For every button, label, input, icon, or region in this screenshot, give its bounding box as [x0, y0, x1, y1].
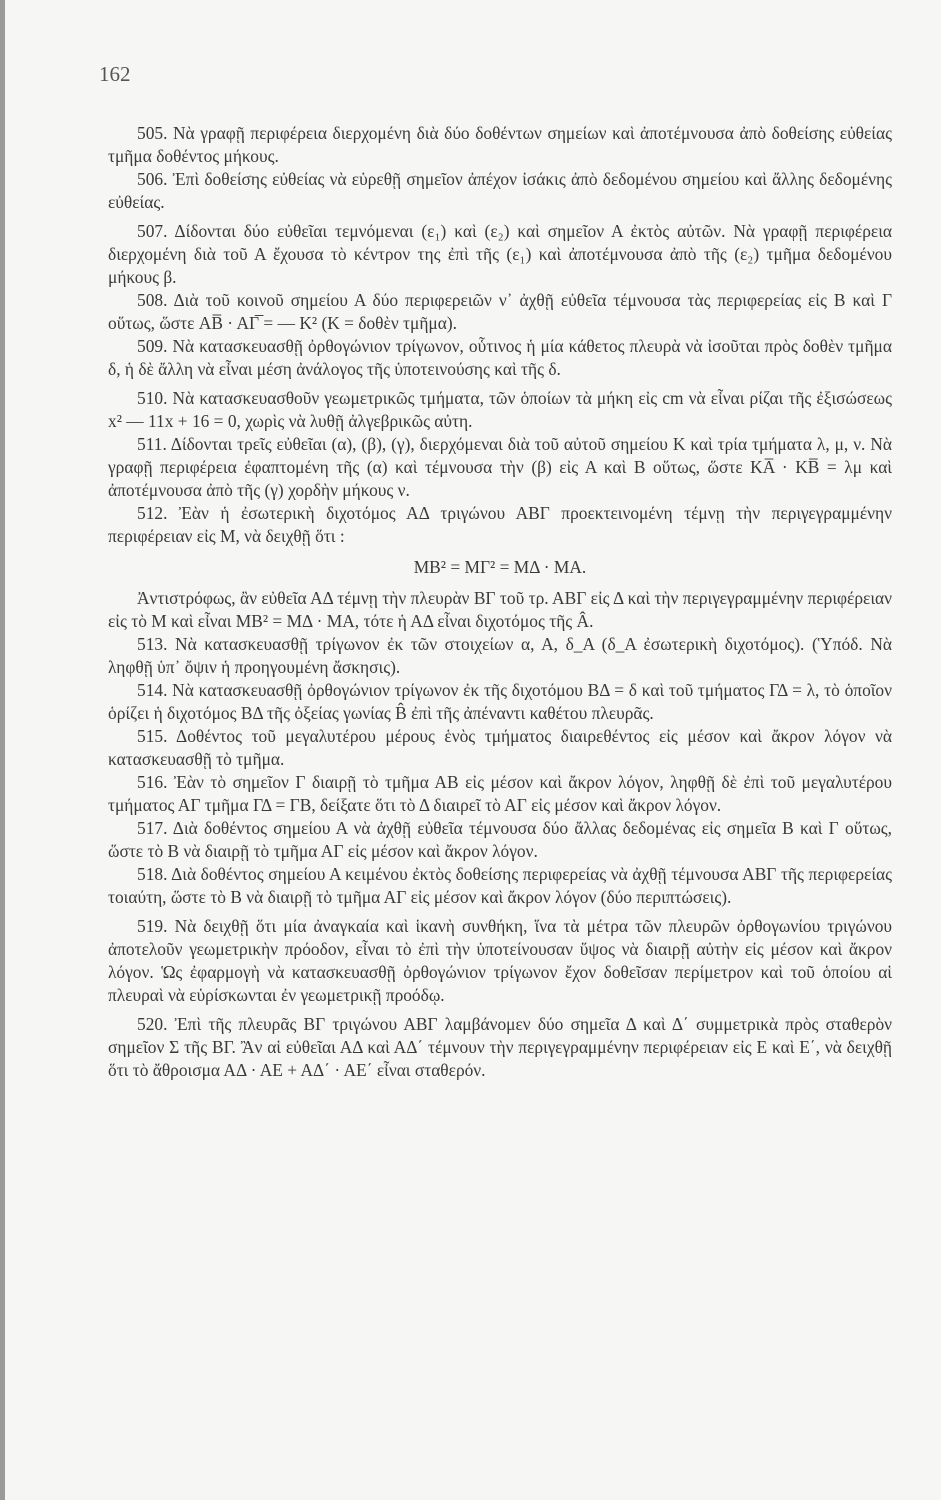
exercise-506: 506. Ἐπὶ δοθείσης εὐθείας νὰ εὑρεθῇ σημε… [108, 168, 892, 214]
exercise-519: 519. Νὰ δειχθῇ ὅτι μία ἀναγκαία καὶ ἱκαν… [108, 915, 892, 1007]
exercise-515: 515. Δοθέντος τοῦ μεγαλυτέρου μέρους ἑνὸ… [108, 725, 892, 771]
page-edge [0, 0, 5, 1500]
exercise-516: 516. Ἐὰν τὸ σημεῖον Γ διαιρῇ τὸ τμῆμα ΑΒ… [108, 771, 892, 817]
exercise-505: 505. Νὰ γραφῇ περιφέρεια διερχομένη διὰ … [108, 122, 892, 168]
exercise-513: 513. Νὰ κατασκευασθῇ τρίγωνον ἐκ τῶν στο… [108, 633, 892, 679]
exercise-508: 508. Διὰ τοῦ κοινοῦ σημείου Α δύο περιφε… [108, 289, 892, 335]
exercise-518: 518. Διὰ δοθέντος σημείου Α κειμένου ἐκτ… [108, 863, 892, 909]
exercise-511: 511. Δίδονται τρεῖς εὐθεῖαι (α), (β), (γ… [108, 433, 892, 502]
exercise-512: 512. Ἐὰν ἡ ἐσωτερικὴ διχοτόμος ΑΔ τριγών… [108, 502, 892, 548]
exercise-507: 507. Δίδονται δύο εὐθεῖαι τεμνόμεναι (ε₁… [108, 220, 892, 289]
exercise-509: 509. Νὰ κατασκευασθῇ ὀρθογώνιον τρίγωνον… [108, 335, 892, 381]
exercise-514: 514. Νὰ κατασκευασθῇ ὀρθογώνιον τρίγωνον… [108, 679, 892, 725]
exercise-510: 510. Νὰ κατασκευασθοῦν γεωμετρικῶς τμήμα… [108, 387, 892, 433]
exercise-list: 505. Νὰ γραφῇ περιφέρεια διερχομένη διὰ … [108, 122, 892, 1082]
exercise-520: 520. Ἐπὶ τῆς πλευρᾶς ΒΓ τριγώνου ΑΒΓ λαμ… [108, 1013, 892, 1082]
exercise-512-formula: ΜΒ² = ΜΓ² = ΜΔ · ΜΑ. [108, 556, 892, 579]
page-number: 162 [99, 62, 131, 87]
exercise-512-converse: Ἀντιστρόφως, ἂν εὐθεῖα ΑΔ τέμνῃ τὴν πλευ… [108, 587, 892, 633]
exercise-517: 517. Διὰ δοθέντος σημείου Α νὰ ἀχθῇ εὐθε… [108, 817, 892, 863]
